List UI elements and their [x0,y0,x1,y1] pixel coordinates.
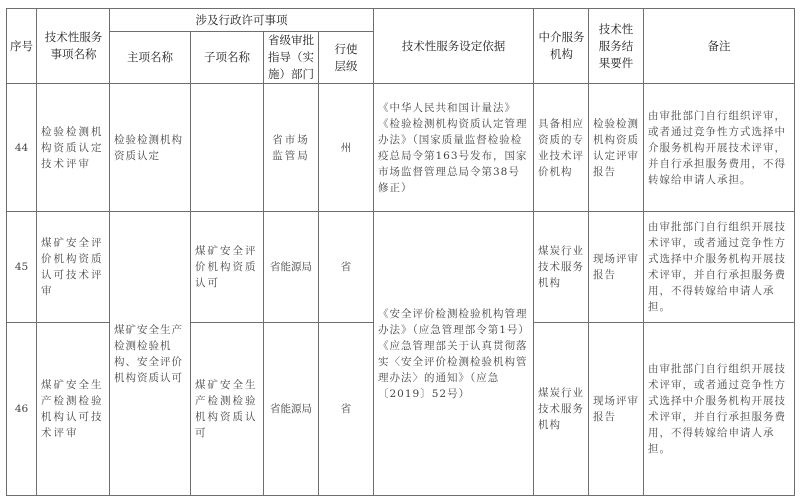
row-result: 现场评审报告 [589,323,644,496]
row-basis-merged: 《安全评价检测检验机构管理办法》（应急管理部令第1号）《应急管理部关于认真贯彻落… [374,212,534,496]
header-service-name: 技术性服务事项名称 [37,9,110,84]
header-basis: 技术性服务设定依据 [374,9,534,84]
row-basis: 《中华人民共和国计量法》《检验检测机构资质认定管理办法》（国家质量监督检验检疫总… [374,84,534,212]
row-service-name: 煤矿安全评价机构资质认可技术评审 [37,212,110,323]
row-agency: 煤炭行业技术服务机构 [534,323,589,496]
row-result: 检验检测机构资质认定评审报告 [589,84,644,212]
header-admin-permit-group: 涉及行政许可事项 [110,9,374,32]
row-main-item: 检验检测机构资质认定 [110,84,191,212]
row-level: 省 [319,323,374,496]
row-agency: 煤炭行业技术服务机构 [534,212,589,323]
row-agency: 具备相应资质的专业技术评价机构 [534,84,589,212]
row-sub-item: 煤矿安全评价机构资质认可 [191,212,264,323]
row-remarks: 由审批部门自行组织开展技术评审，或者通过竞争性方式选择中介服务机构开展技术评审，… [644,212,795,323]
row-service-name: 检验检测机构资质认定技术评审 [37,84,110,212]
row-main-item-merged: 煤矿安全生产检测检验机构、安全评价机构资质认可 [110,212,191,496]
row-level: 州 [319,84,374,212]
header-level: 行使层级 [319,32,374,84]
service-items-table: 序号 技术性服务事项名称 涉及行政许可事项 技术性服务设定依据 中介服务机构 技… [6,8,795,496]
row-seq: 44 [7,84,37,212]
row-provincial-dept: 省市场监管局 [264,84,319,212]
row-remarks: 由审批部门自行组织评审，或者通过竞争性方式选择中介服务机构开展技术评审，并自行承… [644,84,795,212]
table-row: 44 检验检测机构资质认定技术评审 检验检测机构资质认定 省市场监管局 州 《中… [7,84,795,212]
row-sub-item [191,84,264,212]
row-provincial-dept: 省能源局 [264,212,319,323]
row-service-name: 煤矿安全生产检测检验机构认可技术评审 [37,323,110,496]
header-seq: 序号 [7,9,37,84]
row-result: 现场评审报告 [589,212,644,323]
header-provincial-dept: 省级审批指导（实施）部门 [264,32,319,84]
row-seq: 45 [7,212,37,323]
row-level: 省 [319,212,374,323]
row-remarks: 由审批部门自行组织开展技术评审，或者通过竞争性方式选择中介服务机构开展技术评审，… [644,323,795,496]
row-provincial-dept: 省能源局 [264,323,319,496]
header-agency: 中介服务机构 [534,9,589,84]
header-sub-item: 子项名称 [191,32,264,84]
row-seq: 46 [7,323,37,496]
table-row: 45 煤矿安全评价机构资质认可技术评审 煤矿安全生产检测检验机构、安全评价机构资… [7,212,795,323]
header-main-item: 主项名称 [110,32,191,84]
row-sub-item: 煤矿安全生产检测检验机构资质认可 [191,323,264,496]
header-result: 技术性服务结果要件 [589,9,644,84]
header-remarks: 备注 [644,9,795,84]
